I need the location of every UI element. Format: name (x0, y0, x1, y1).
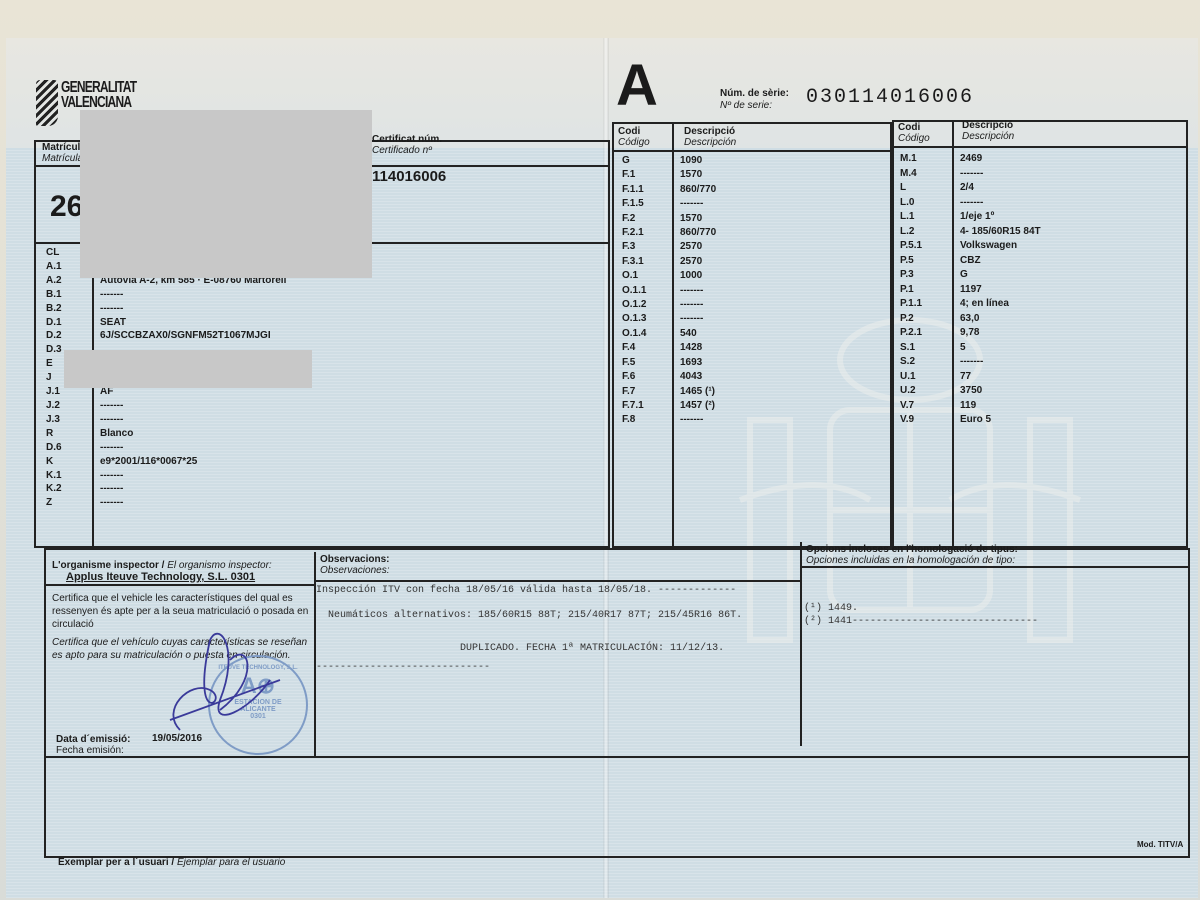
right_fields-value: 63,0 (960, 312, 1041, 327)
middle-values: 10901570860/770-------1570860/7702570257… (680, 154, 716, 428)
right_fields-value: Euro 5 (960, 413, 1041, 428)
left_fields-value: Blanco (100, 427, 286, 441)
left_fields-code: D.6 (46, 441, 62, 455)
middle_fields-value: 540 (680, 327, 716, 341)
middle_fields-code: F.6 (622, 370, 646, 384)
right_fields-value: 2/4 (960, 181, 1041, 196)
middle_fields-code: F.1.5 (622, 197, 646, 211)
middle_fields-value: 1570 (680, 212, 716, 226)
right_fields-value: 9,78 (960, 326, 1041, 341)
options-label: Opcions incloses en l'homologació de tip… (806, 544, 1018, 566)
certificate-number: 114016006 (372, 168, 446, 185)
right_fields-value: 5 (960, 341, 1041, 356)
middle_fields-code: F.3 (622, 240, 646, 254)
left_fields-code: E (46, 357, 62, 371)
right_fields-code: L.1 (900, 210, 922, 225)
right_fields-code: L.0 (900, 196, 922, 211)
right_fields-code: U.1 (900, 370, 922, 385)
left_fields-code: A.1 (46, 260, 62, 274)
left_fields-code: A.2 (46, 274, 62, 288)
left_fields-code: B.1 (46, 288, 62, 302)
left_fields-value: ------- (100, 399, 286, 413)
right_fields-value: 4- 185/60R15 84T (960, 225, 1041, 240)
right_fields-value: 1/eje 1º (960, 210, 1041, 225)
card-letter: A (616, 56, 658, 116)
observation-line-4: ----------------------------- (316, 662, 490, 673)
right_fields-code: L (900, 181, 922, 196)
middle_fields-value: 860/770 (680, 183, 716, 197)
right_fields-code: P.1.1 (900, 297, 922, 312)
middle_fields-value: 1465 (¹) (680, 385, 716, 399)
left_fields-value: ------- (100, 482, 286, 496)
redacted-region (80, 110, 372, 278)
middle_fields-code: G (622, 154, 646, 168)
right-values: 2469-------2/4-------1/eje 1º4- 185/60R1… (960, 152, 1041, 428)
left_fields-value: ------- (100, 469, 286, 483)
right_fields-value: Volkswagen (960, 239, 1041, 254)
middle_fields-code: F.4 (622, 341, 646, 355)
right_fields-value: ------- (960, 196, 1041, 211)
left_fields-value: e9*2001/116*0067*25 (100, 455, 286, 469)
left_fields-code: J (46, 371, 62, 385)
right_fields-code: V.7 (900, 399, 922, 414)
middle_fields-value: ------- (680, 284, 716, 298)
right_fields-value: 4; en línea (960, 297, 1041, 312)
middle_fields-value: 1457 (²) (680, 399, 716, 413)
middle_fields-value: ------- (680, 413, 716, 427)
left_fields-code: K (46, 455, 62, 469)
plate-number: 26 (50, 190, 83, 224)
middle_fields-value: 860/770 (680, 226, 716, 240)
left_fields-code: J.2 (46, 399, 62, 413)
left_fields-value: SEAT (100, 316, 286, 330)
right_fields-value: ------- (960, 355, 1041, 370)
left_fields-code: D.2 (46, 329, 62, 343)
right_fields-value: CBZ (960, 254, 1041, 269)
right_fields-code: P.5.1 (900, 239, 922, 254)
middle_fields-value: 1693 (680, 356, 716, 370)
middle_fields-code: F.1 (622, 168, 646, 182)
left_fields-code: Z (46, 496, 62, 510)
middle_fields-value: ------- (680, 312, 716, 326)
middle_fields-value: 4043 (680, 370, 716, 384)
observation-line-2: Neumáticos alternativos: 185/60R15 88T; … (316, 610, 742, 621)
left_fields-code: R (46, 427, 62, 441)
left_fields-code: D.3 (46, 343, 62, 357)
middle_fields-code: F.3.1 (622, 255, 646, 269)
logo-line-2: VALENCIANA (61, 95, 136, 110)
middle_fields-value: 1000 (680, 269, 716, 283)
right_fields-code: P.2 (900, 312, 922, 327)
middle-table (612, 122, 892, 548)
left_fields-code: K.1 (46, 469, 62, 483)
right_fields-code: P.1 (900, 283, 922, 298)
middle_fields-code: F.7 (622, 385, 646, 399)
left_fields-code: CL (46, 246, 62, 260)
middle_fields-value: ------- (680, 298, 716, 312)
middle_fields-value: 1570 (680, 168, 716, 182)
right_fields-value: 77 (960, 370, 1041, 385)
left_fields-value: ------- (100, 441, 286, 455)
left_fields-code: J.1 (46, 385, 62, 399)
middle_fields-code: F.1.1 (622, 183, 646, 197)
middle_fields-code: F.8 (622, 413, 646, 427)
option-note-2: (²) 1441------------------------------- (804, 616, 1038, 627)
observation-line-3: DUPLICADO. FECHA 1ª MATRICULACIÓN: 11/12… (316, 643, 724, 654)
middle-desc-header: Descripció Descripción (684, 126, 736, 148)
right_fields-value: 1197 (960, 283, 1041, 298)
signature-icon (150, 620, 300, 760)
middle-codes: GF.1F.1.1F.1.5F.2F.2.1F.3F.3.1O.1O.1.1O.… (622, 154, 646, 428)
middle_fields-value: 2570 (680, 240, 716, 254)
right_fields-code: P.5 (900, 254, 922, 269)
middle_fields-value: 1428 (680, 341, 716, 355)
observations-label: Observacions: Observaciones: (320, 554, 389, 576)
right-codes: M.1M.4LL.0L.1L.2P.5.1P.5P.3P.1P.1.1P.2P.… (900, 152, 922, 428)
middle_fields-value: 1090 (680, 154, 716, 168)
right_fields-code: M.4 (900, 167, 922, 182)
right_fields-code: U.2 (900, 384, 922, 399)
middle_fields-code: O.1.3 (622, 312, 646, 326)
right_fields-value: 2469 (960, 152, 1041, 167)
left_fields-code: J.3 (46, 413, 62, 427)
middle_fields-code: O.1.2 (622, 298, 646, 312)
serial-label: Núm. de sèrie: Nº de serie: (720, 88, 789, 112)
left_fields-value: ------- (100, 413, 286, 427)
right_fields-value: ------- (960, 167, 1041, 182)
certificate-label: Certificat núm. Certificado nº (372, 134, 442, 156)
inspector-label: L'organisme inspector / El organismo ins… (52, 560, 272, 571)
left_fields-code: B.2 (46, 302, 62, 316)
middle_fields-code: O.1 (622, 269, 646, 283)
right_fields-code: L.2 (900, 225, 922, 240)
inspector-name: Applus Iteuve Technology, S.L. 0301 (66, 571, 255, 583)
generalitat-emblem-icon (36, 80, 58, 126)
middle_fields-code: F.5 (622, 356, 646, 370)
right-code-header: Codi Código (898, 122, 930, 144)
middle_fields-code: O.1.4 (622, 327, 646, 341)
right_fields-code: M.1 (900, 152, 922, 167)
middle-code-header: Codi Código (618, 126, 650, 148)
issue-date-label: Data d´emissió: Fecha emisión: (56, 734, 130, 756)
right_fields-value: 119 (960, 399, 1041, 414)
right_fields-code: S.1 (900, 341, 922, 356)
observation-line-1: Inspección ITV con fecha 18/05/16 válida… (316, 585, 736, 596)
middle_fields-code: O.1.1 (622, 284, 646, 298)
middle_fields-value: ------- (680, 197, 716, 211)
right_fields-code: V.9 (900, 413, 922, 428)
right_fields-value: 3750 (960, 384, 1041, 399)
middle_fields-code: F.2 (622, 212, 646, 226)
option-note-1: (¹) 1449. (804, 603, 858, 614)
left_fields-value: ------- (100, 302, 286, 316)
left_fields-value: 6J/SCCBZAX0/SGNFM52T1067MJGI (100, 329, 286, 343)
right-desc-header: Descripció Descripción (962, 120, 1014, 142)
left_fields-value: ------- (100, 288, 286, 302)
right_fields-code: P.3 (900, 268, 922, 283)
right_fields-value: G (960, 268, 1041, 283)
left-codes: CLA.1A.2B.1B.2D.1D.2D.3EJJ.1J.2J.3RD.6KK… (46, 246, 62, 510)
redacted-region (64, 350, 312, 388)
model-code: Mod. TITV/A (1137, 840, 1183, 849)
left_fields-value: ------- (100, 496, 286, 510)
right_fields-code: S.2 (900, 355, 922, 370)
right_fields-code: P.2.1 (900, 326, 922, 341)
copy-label: Exemplar per a l´usuari / Ejemplar para … (58, 857, 285, 868)
logo-line-1: GENERALITAT (61, 80, 136, 95)
middle_fields-value: 2570 (680, 255, 716, 269)
serial-number: 030114016006 (806, 86, 974, 109)
middle_fields-code: F.7.1 (622, 399, 646, 413)
left_fields-code: K.2 (46, 482, 62, 496)
middle_fields-code: F.2.1 (622, 226, 646, 240)
left_fields-code: D.1 (46, 316, 62, 330)
